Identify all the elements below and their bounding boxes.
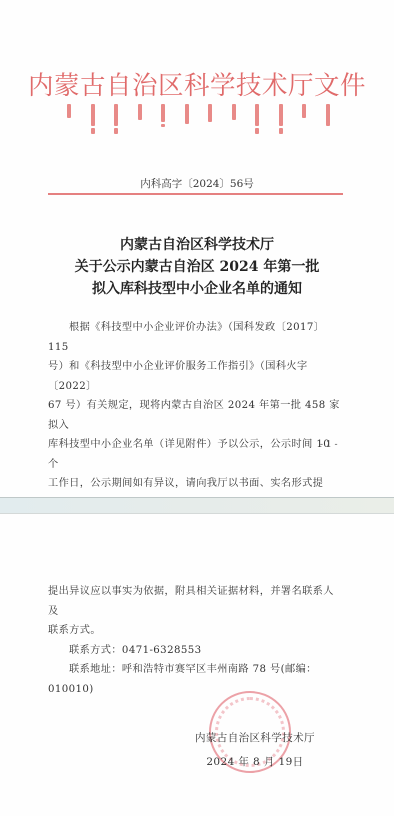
body-paragraph: 根据《科技型中小企业评价办法》（国科发政〔2017〕115 号）和《科技型中小企… [48, 318, 344, 513]
body-line: 提出异议应以事实为依据，附具相关证据材料，并署名联系人及 [48, 582, 344, 621]
contact-address: 联系地址：呼和浩特市赛罕区丰州南路 78 号(邮编：010010) [48, 660, 344, 699]
title-line: 内蒙古自治区科学技术厅 [0, 234, 394, 256]
body-line: 67 号）有关规定，现将内蒙古自治区 2024 年第一批 458 家拟入 [48, 396, 344, 435]
body-line: 联系方式。 [48, 621, 344, 641]
document-number: 内科高字〔2024〕56号 [0, 176, 394, 191]
document-page-1: 内蒙古自治区科学技术厅文件 内科高字〔2024〕56号 内蒙古自治区科学技术厅 … [0, 0, 394, 497]
page-separator [0, 497, 394, 514]
mongolian-script-icon [66, 104, 331, 140]
signature-date: 2024 年 8 月 19日 [195, 750, 315, 774]
title-line: 拟入库科技型中小企业名单的通知 [0, 278, 394, 300]
body-paragraph: 提出异议应以事实为依据，附具相关证据材料，并署名联系人及 联系方式。 联系方式：… [48, 582, 344, 699]
title-line: 关于公示内蒙古自治区 2024 年第一批 [0, 256, 394, 278]
body-line: 号）和《科技型中小企业评价服务工作指引》（国科火字〔2022〕 [48, 357, 344, 396]
document-page-2: 提出异议应以事实为依据，附具相关证据材料，并署名联系人及 联系方式。 联系方式：… [0, 514, 394, 816]
body-line: 库科技型中小企业名单（详见附件）予以公示，公示时间 10 个 [48, 435, 344, 474]
red-divider-line [48, 193, 343, 195]
signature-org: 内蒙古自治区科学技术厅 [195, 726, 315, 750]
signature-block: 内蒙古自治区科学技术厅 2024 年 8 月 19日 [195, 726, 315, 774]
issuing-org-header: 内蒙古自治区科学技术厅文件 [0, 66, 394, 102]
notice-title: 内蒙古自治区科学技术厅 关于公示内蒙古自治区 2024 年第一批 拟入库科技型中… [0, 234, 394, 300]
contact-phone: 联系方式：0471-6328553 [48, 641, 344, 661]
body-line: 根据《科技型中小企业评价办法》（国科发政〔2017〕115 [48, 318, 344, 357]
page-number: - 1 - [320, 440, 338, 450]
